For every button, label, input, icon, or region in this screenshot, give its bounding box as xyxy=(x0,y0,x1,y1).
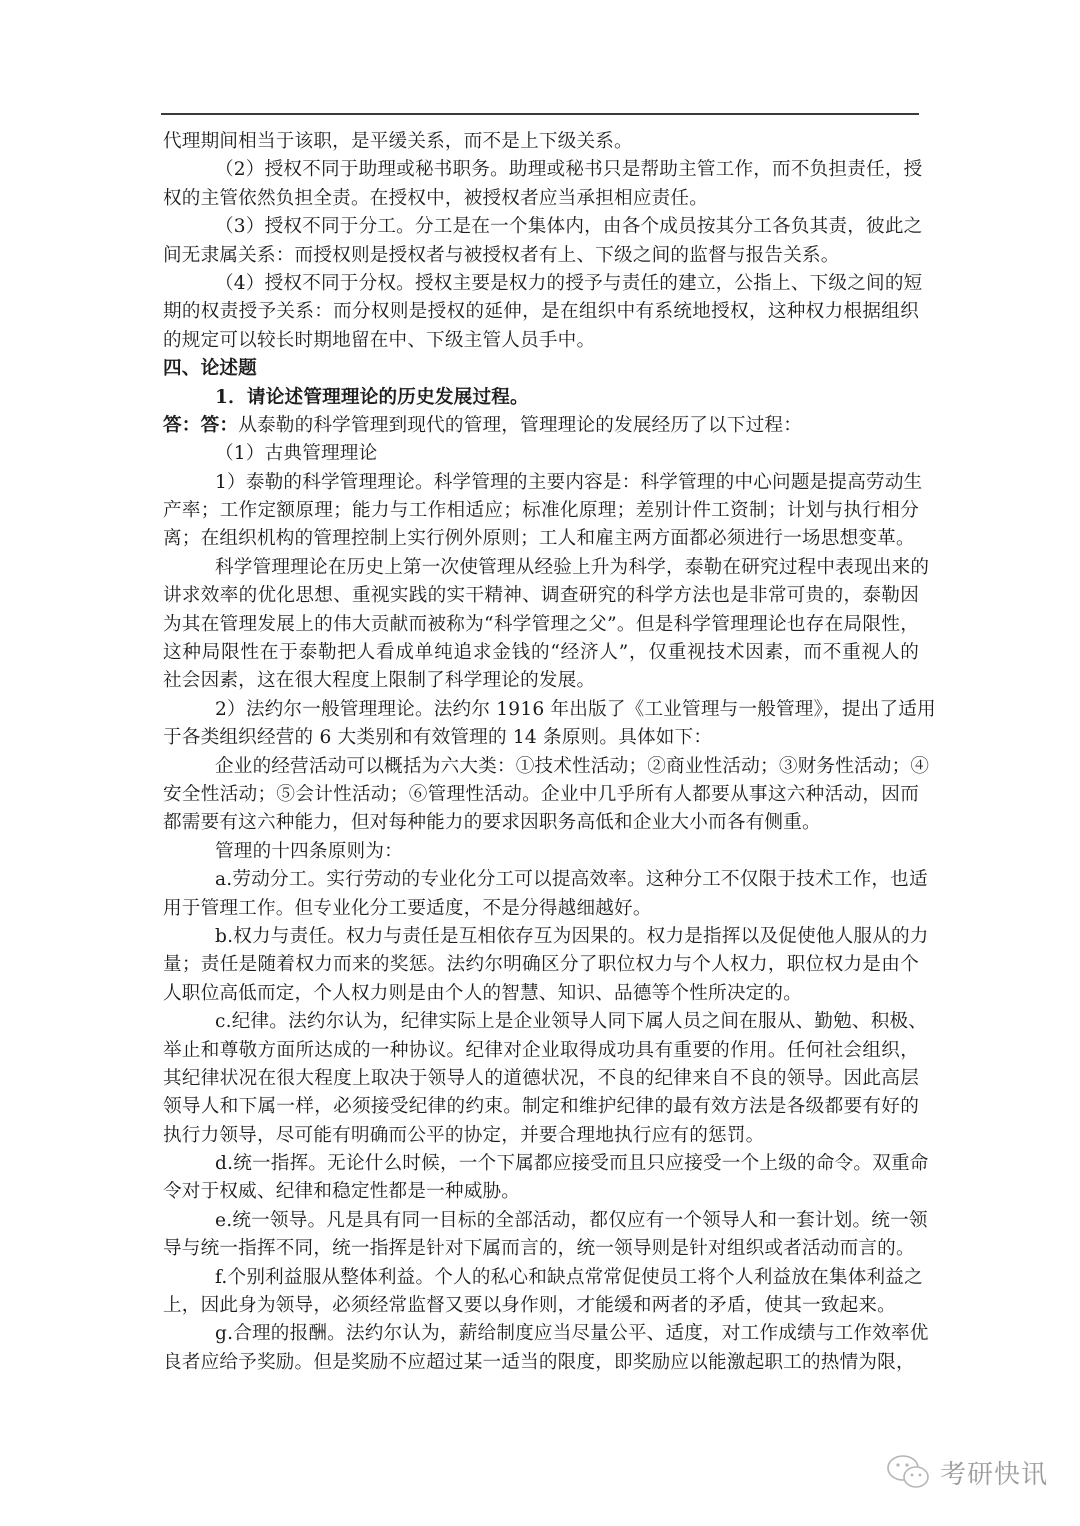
text-line: 导与统一指挥不同，统一指挥是针对下属而言的，统一领导则是针对组织或者活动而言的。 xyxy=(163,1235,919,1263)
watermark-text: 考研快讯 xyxy=(940,1454,1048,1491)
paragraph-p5: 1）泰勒的科学管理理论。科学管理的主要内容是：科学管理的中心问题是提高劳动生产率… xyxy=(163,469,919,554)
text-line: 为其在管理发展上的伟大贡献而被称为“科学管理之父”。但是科学管理理论也存在局限性… xyxy=(163,611,919,639)
watermark: 考研快讯 xyxy=(886,1452,1048,1492)
text-line: 答：答：从泰勒的科学管理到现代的管理，管理理论的发展经历了以下过程： xyxy=(163,412,919,440)
text-line: 科学管理理论在历史上第一次使管理从经验上升为科学，泰勒在研究过程中表现出来的 xyxy=(163,554,919,582)
text-line: c.纪律。法约尔认为，纪律实际上是企业领导人同下属人员之间在服从、勤勉、积极、 xyxy=(163,1008,919,1036)
text-line: 离；在组织机构的管理控制上实行例外原则；工人和雇主两方面都必须进行一场思想变革。 xyxy=(163,525,919,553)
paragraph-p1: 代理期间相当于该职，是平缓关系，而不是上下级关系。 xyxy=(163,128,919,156)
text-line: 讲求效率的优化思想、重视实践的实干精神、调查研究的科学方法也是非常可贵的，泰勒因 xyxy=(163,582,919,610)
text-line: 社会因素，这在很大程度上限制了科学理论的发展。 xyxy=(163,667,919,695)
text-line: d.统一指挥。无论什么时候，一个下属都应接受而且只应接受一个上级的命令。双重命 xyxy=(163,1150,919,1178)
paragraph-h1: 四、论述题 xyxy=(163,355,919,383)
text-line: （3）授权不同于分工。分工是在一个集体内，由各个成员按其分工各负其责，彼此之 xyxy=(163,213,919,241)
text-line: 用于管理工作。但专业化分工要适度，不是分得越细越好。 xyxy=(163,895,919,923)
text-line: 2）法约尔一般管理理论。法约尔 1916 年出版了《工业管理与一般管理》，提出了… xyxy=(163,696,919,724)
text-line: 人职位高低而定，个人权力则是由个人的智慧、知识、品德等个性所决定的。 xyxy=(163,980,919,1008)
text-line: g.合理的报酬。法约尔认为，薪给制度应当尽量公平、适度，对工作成绩与工作效率优 xyxy=(163,1320,919,1348)
text-line: 良者应给予奖励。但是奖励不应超过某一适当的限度，即奖励应以能激起职工的热情为限， xyxy=(163,1349,919,1377)
paragraph-p7: 2）法约尔一般管理理论。法约尔 1916 年出版了《工业管理与一般管理》，提出了… xyxy=(163,696,919,753)
text-line: 权的主管依然负担全责。在授权中，被授权者应当承担相应责任。 xyxy=(163,185,919,213)
question-title: 1．请论述管理理论的历史发展过程。 xyxy=(163,384,919,412)
paragraph-p3: （3）授权不同于分工。分工是在一个集体内，由各个成员按其分工各负其责，彼此之间无… xyxy=(163,213,919,270)
paragraph-pg: g.合理的报酬。法约尔认为，薪给制度应当尽量公平、适度，对工作成绩与工作效率优良… xyxy=(163,1320,919,1377)
paragraph-p2: （2）授权不同于助理或秘书职务。助理或秘书只是帮助主管工作，而不负担责任，授权的… xyxy=(163,156,919,213)
paragraph-pd: d.统一指挥。无论什么时候，一个下属都应接受而且只应接受一个上级的命令。双重命令… xyxy=(163,1150,919,1207)
text-line: 1）泰勒的科学管理理论。科学管理的主要内容是：科学管理的中心问题是提高劳动生 xyxy=(163,469,919,497)
text-line: e.统一领导。凡是具有同一目标的全部活动，都仅应有一个领导人和一套计划。统一领 xyxy=(163,1207,919,1235)
text-line: 这种局限性在于泰勒把人看成单纯追求金钱的“经济人”，仅重视技术因素，而不重视人的 xyxy=(163,639,919,667)
section-heading: 四、论述题 xyxy=(163,355,919,383)
text-line: a.劳动分工。实行劳动的专业化分工可以提高效率。这种分工不仅限于技术工作，也适 xyxy=(163,866,919,894)
paragraph-pf: f.个别利益服从整体利益。个人的私心和缺点常常促使员工将个人利益放在集体利益之上… xyxy=(163,1264,919,1321)
paragraph-pb: b.权力与责任。权力与责任是互相依存互为因果的。权力是指挥以及促使他人服从的力量… xyxy=(163,923,919,1008)
text-line: 令对于权威、纪律和稳定性都是一种威胁。 xyxy=(163,1178,919,1206)
paragraph-p4: （4）授权不同于分权。授权主要是权力的授予与责任的建立，公指上、下级之间的短期的… xyxy=(163,270,919,355)
paragraph-p8: 企业的经营活动可以概括为六大类：①技术性活动；②商业性活动；③财务性活动；④安全… xyxy=(163,753,919,838)
text-line: （2）授权不同于助理或秘书职务。助理或秘书只是帮助主管工作，而不负担责任，授 xyxy=(163,156,919,184)
answer-text: 从泰勒的科学管理到现代的管理，管理理论的发展经历了以下过程： xyxy=(238,415,802,436)
text-line: 产率；工作定额原理；能力与工作相适应；标准化原理；差别计件工资制；计划与执行相分 xyxy=(163,497,919,525)
text-line: 代理期间相当于该职，是平缓关系，而不是上下级关系。 xyxy=(163,128,919,156)
text-line: b.权力与责任。权力与责任是互相依存互为因果的。权力是指挥以及促使他人服从的力 xyxy=(163,923,919,951)
paragraph-q1: 1．请论述管理理论的历史发展过程。 xyxy=(163,384,919,412)
text-line: 都需要有这六种能力，但对每种能力的要求因职务高低和企业大小而各有侧重。 xyxy=(163,809,919,837)
text-line: 于各类组织经营的 6 大类别和有效管理的 14 条原则。具体如下： xyxy=(163,724,919,752)
paragraph-p9: 管理的十四条原则为： xyxy=(163,838,919,866)
header-rule xyxy=(161,113,919,115)
text-line: 执行力领导，尽可能有明确而公平的协定，并要合理地执行应有的惩罚。 xyxy=(163,1122,919,1150)
text-line: （1）古典管理理论 xyxy=(163,440,919,468)
text-line: 其纪律状况在很大程度上取决于领导人的道德状况，不良的纪律来自不良的领导。因此高层 xyxy=(163,1065,919,1093)
text-line: （4）授权不同于分权。授权主要是权力的授予与责任的建立，公指上、下级之间的短 xyxy=(163,270,919,298)
text-line: 量；责任是随着权力而来的奖惩。法约尔明确区分了职位权力与个人权力，职位权力是由个 xyxy=(163,951,919,979)
text-line: 企业的经营活动可以概括为六大类：①技术性活动；②商业性活动；③财务性活动；④ xyxy=(163,753,919,781)
wechat-icon xyxy=(886,1454,932,1490)
paragraph-pe: e.统一领导。凡是具有同一目标的全部活动，都仅应有一个领导人和一套计划。统一领导… xyxy=(163,1207,919,1264)
document-page: 代理期间相当于该职，是平缓关系，而不是上下级关系。（2）授权不同于助理或秘书职务… xyxy=(163,128,919,1377)
text-line: 期的权责授予关系：而分权则是授权的延伸，是在组织中有系统地授权，这种权力根据组织 xyxy=(163,298,919,326)
text-line: f.个别利益服从整体利益。个人的私心和缺点常常促使员工将个人利益放在集体利益之 xyxy=(163,1264,919,1292)
paragraph-a1: 答：答：从泰勒的科学管理到现代的管理，管理理论的发展经历了以下过程： xyxy=(163,412,919,440)
paragraph-pa: a.劳动分工。实行劳动的专业化分工可以提高效率。这种分工不仅限于技术工作，也适用… xyxy=(163,866,919,923)
paragraph-p6: 科学管理理论在历史上第一次使管理从经验上升为科学，泰勒在研究过程中表现出来的讲求… xyxy=(163,554,919,696)
text-line: 上，因此身为领导，必须经常监督又要以身作则，才能缓和两者的矛盾，使其一致起来。 xyxy=(163,1292,919,1320)
text-line: 举止和尊敬方面所达成的一种协议。纪律对企业取得成功具有重要的作用。任何社会组织， xyxy=(163,1037,919,1065)
text-line: 间无隶属关系：而授权则是授权者与被授权者有上、下级之间的监督与报告关系。 xyxy=(163,242,919,270)
paragraph-s1: （1）古典管理理论 xyxy=(163,440,919,468)
paragraph-pc: c.纪律。法约尔认为，纪律实际上是企业领导人同下属人员之间在服从、勤勉、积极、举… xyxy=(163,1008,919,1150)
answer-label: 答：答： xyxy=(163,415,238,436)
text-line: 管理的十四条原则为： xyxy=(163,838,919,866)
text-line: 领导人和下属一样，必须接受纪律的约束。制定和维护纪律的最有效方法是各级都要有好的 xyxy=(163,1093,919,1121)
text-line: 安全性活动；⑤会计性活动；⑥管理性活动。企业中几乎所有人都要从事这六种活动，因而 xyxy=(163,781,919,809)
text-line: 的规定可以较长时期地留在中、下级主管人员手中。 xyxy=(163,327,919,355)
